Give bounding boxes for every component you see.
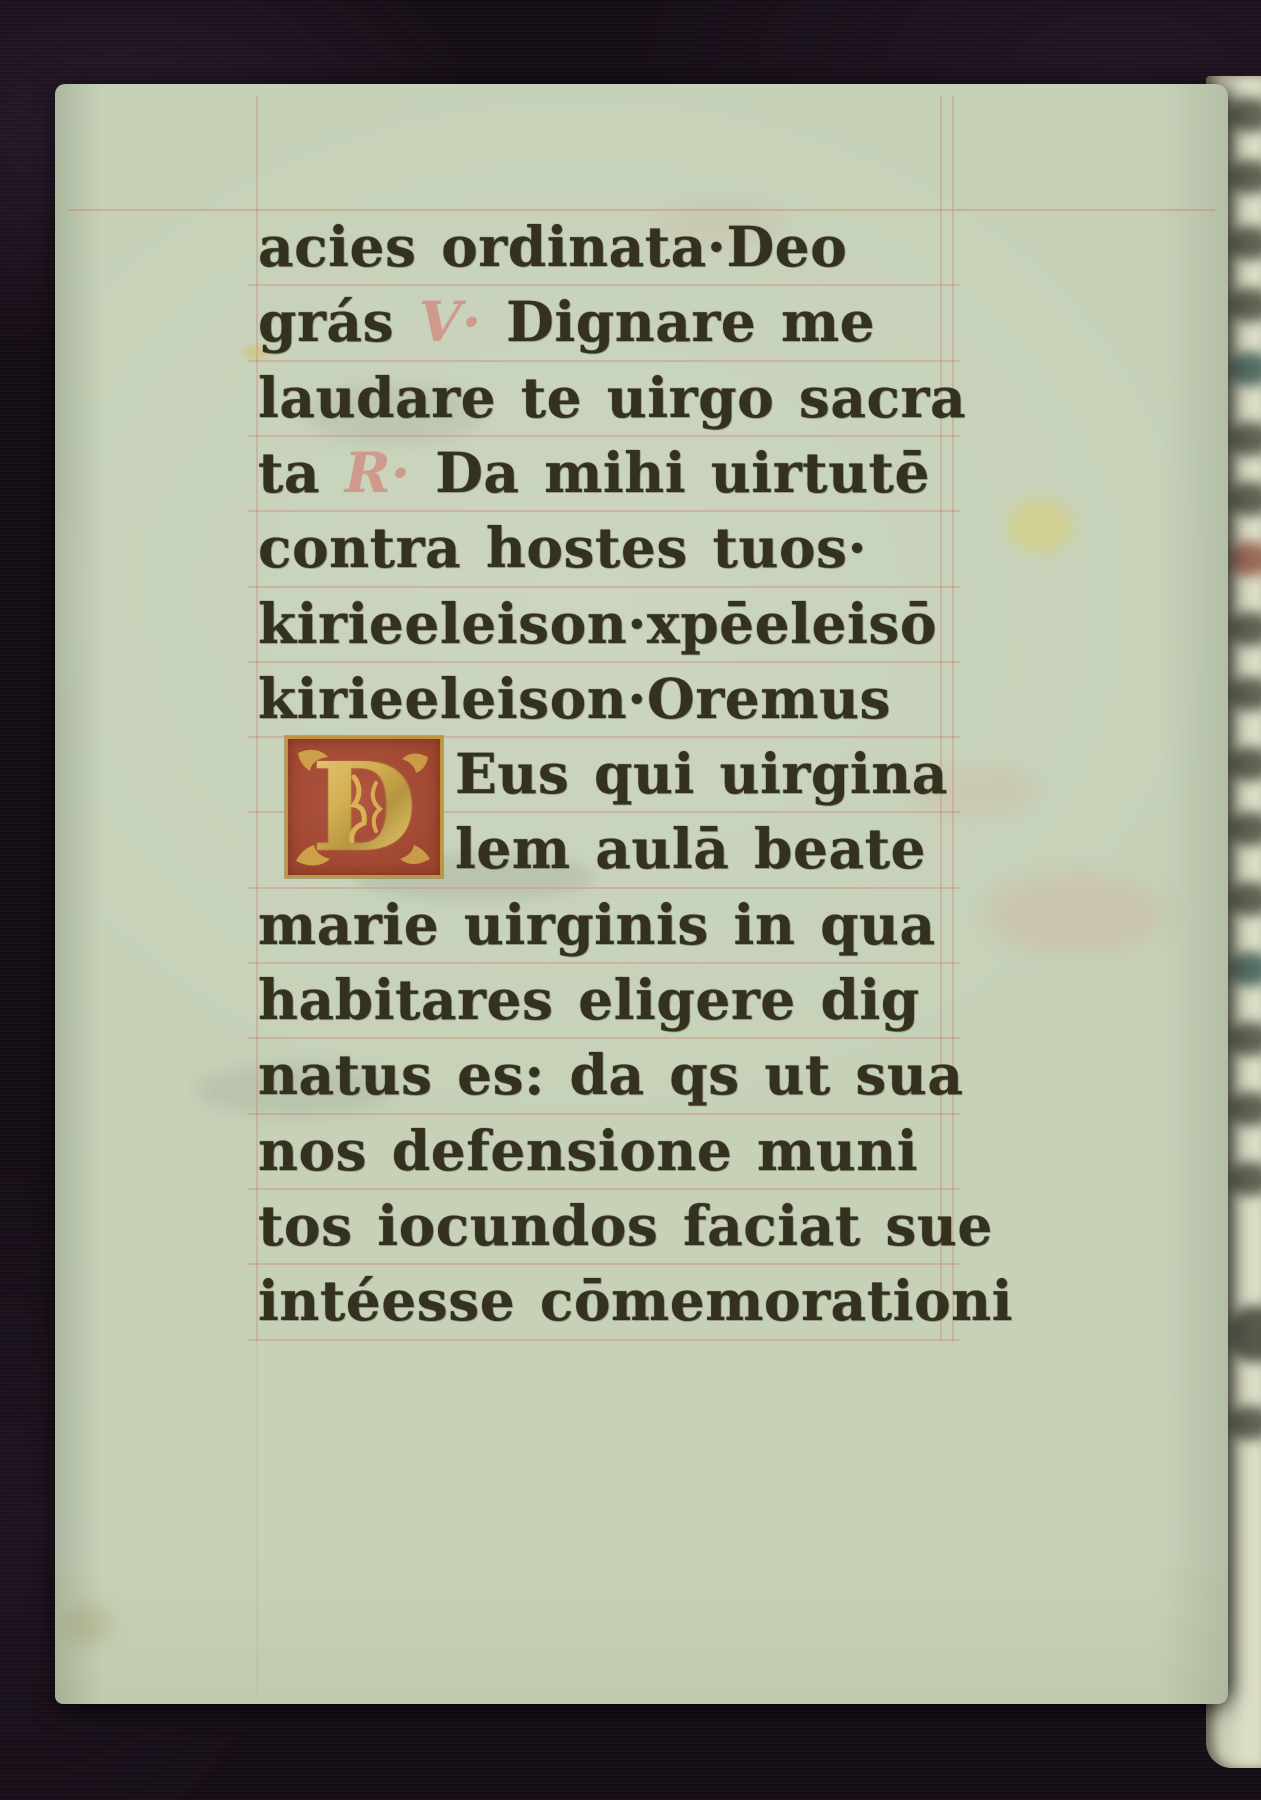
blurred-text-mark [1230, 747, 1261, 781]
blurred-text-mark [1230, 1022, 1261, 1056]
line-text: kirieeleison·Oremus [258, 666, 891, 731]
text-line: Eus qui uirgina [455, 736, 1215, 812]
line-text: Dignare me [482, 289, 876, 354]
text-line: natus es: da qs ut sua [258, 1037, 1018, 1113]
text-line: contra hostes tuos· [258, 510, 1018, 586]
line-text: marie uirginis in qua [258, 892, 936, 957]
text-line: marie uirginis in qua [258, 887, 1018, 963]
line-text: natus es: da qs ut sua [258, 1042, 963, 1107]
text-line: tos iocundos faciat sue [258, 1188, 1018, 1264]
line-text: intéesse cōmemorationi [258, 1268, 1013, 1333]
blurred-text-mark [1230, 1406, 1261, 1440]
blurred-text-mark [1230, 1092, 1261, 1126]
illuminated-initial: D [285, 736, 443, 878]
text-line: habitares eligere dig [258, 962, 1018, 1038]
gold-foliate-flourish [288, 739, 440, 875]
line-text: tos iocundos faciat sue [258, 1193, 993, 1258]
text-line: grás V· Dignare me [258, 284, 1018, 360]
line-text: grás [258, 289, 419, 354]
text-line: laudare te uirgo sacra [258, 360, 1018, 436]
line-text: acies ordinata·Deo [258, 214, 847, 279]
blurred-text-mark [1230, 352, 1261, 386]
stain [63, 1604, 111, 1644]
blurred-text-mark [1230, 882, 1261, 916]
line-text: laudare te uirgo sacra [258, 365, 966, 430]
blurred-text-mark [1230, 226, 1261, 260]
ruling-line [248, 1339, 960, 1341]
text-line: intéesse cōmemorationi [258, 1263, 1018, 1339]
blurred-text-mark [1230, 482, 1261, 516]
line-text: contra hostes tuos· [258, 515, 867, 580]
blurred-text-mark [1230, 422, 1261, 456]
blurred-text-mark [1230, 812, 1261, 846]
text-line: lem aulā beate [455, 811, 1215, 887]
text-line: kirieeleison·xpēeleisō [258, 586, 1018, 662]
line-text: Da mihi uirtutē [411, 440, 930, 505]
blurred-text-mark [1230, 160, 1261, 194]
text-line: ta R· Da mihi uirtutē [258, 435, 1018, 511]
versicle-mark: V· [419, 289, 482, 354]
blurred-text-mark [1230, 1162, 1261, 1196]
text-line: kirieeleison·Oremus [258, 661, 1018, 737]
text-line: acies ordinata·Deo [258, 209, 1018, 285]
blurred-text-mark [1230, 1306, 1261, 1362]
blurred-text-mark [1230, 98, 1261, 132]
blurred-text-mark [1230, 542, 1261, 576]
text-line: nos defensione muni [258, 1113, 1018, 1189]
line-text: habitares eligere dig [258, 967, 920, 1032]
ruling-line-vertical [256, 1342, 258, 1696]
line-text: Eus qui uirgina [455, 741, 948, 806]
blurred-text-mark [1230, 677, 1261, 711]
response-mark: R· [345, 440, 411, 505]
line-text: ta [258, 440, 345, 505]
line-text: lem aulā beate [455, 816, 926, 881]
blurred-text-mark [1230, 288, 1261, 322]
blurred-text-mark [1230, 952, 1261, 986]
manuscript-page: D acies ordinata·Deo grás V· Dignare me … [55, 84, 1228, 1704]
line-text: nos defensione muni [258, 1118, 918, 1183]
photograph-background: D acies ordinata·Deo grás V· Dignare me … [0, 0, 1261, 1800]
line-text: kirieeleison·xpēeleisō [258, 591, 937, 656]
blurred-text-mark [1230, 612, 1261, 646]
